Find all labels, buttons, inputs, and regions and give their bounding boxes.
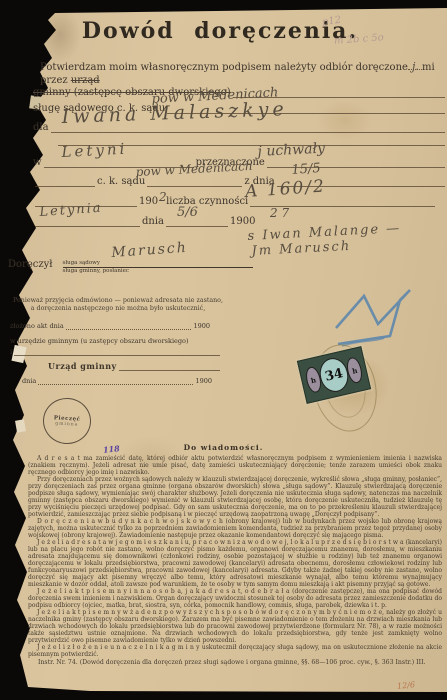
pencil-note-bottom: 12/6 [397,680,416,691]
intro-text: Potwierdzam moim własnoręcznym podpisem … [40,62,408,73]
blank-line [119,357,220,371]
doreczyl-label: Doręczył [8,259,53,270]
torn-fragment [15,419,26,432]
blue-pencil-scribble [330,284,435,354]
notice-text: A d r e s a t ma zamieścić datę, której … [28,455,442,658]
year-1900-a: 1900 [193,322,210,330]
urzedzie-label: w urzędzie gminnym (u zastępcy obszaru d… [10,337,189,345]
dotted-blank-line [38,372,193,385]
refusal-line-1: Ponieważ przyjęcia odmówiono — ponieważ … [12,297,224,305]
notice-paragraph: Przy doręczeniach przez woźnych sądowych… [28,476,442,518]
dnia-label: dnia [142,216,164,227]
dotted-blank-line [66,317,192,330]
hw-day2: 5/6 [177,205,198,220]
notice-paragraph: J e ż e l i z ł o ż e n i e u n a c z e … [28,644,442,658]
refusal-line-2: a doręczenia następczego nie można było … [12,305,224,313]
dla-label: dla [33,122,49,133]
dnia2-label: dnia [22,377,36,385]
notice-paragraph: D o r ę c z e n i a w b u d y n k a c h … [28,518,442,539]
blank-line [35,171,95,187]
zlozono-label: złożono akt dnia [10,322,64,330]
hw-year-digit: 2 [159,190,167,204]
refusal-paragraph: Ponieważ przyjęcia odmówiono — ponieważ … [12,297,224,312]
hw-intro-letter: j. [412,60,419,73]
w-label: w [33,157,42,168]
scanned-document: Dowód doręczenia. p12 m 2b c 5o Potwierd… [0,0,447,700]
notice-heading: Do wiadomości. [30,443,417,452]
year-1900-b: 1900 [195,377,212,385]
hw-year2: 2 7 [270,206,289,220]
notice-paragraph: J e ż e l i a k t p i s e m n y i n n a … [28,588,442,609]
notice-paragraph: J e ż e l i a k t p i s e m n y w ż a d … [28,609,442,644]
dnia2-row: dnia 1900 [22,373,212,385]
i-row: i [10,346,222,356]
year2-label: 1900 [230,216,255,227]
year-label: 190 [139,196,158,207]
spacer [10,358,48,371]
deposited-row: złożono akt dnia 1900 [10,318,210,330]
court-date-row: c. k. sądu z dnia [33,172,447,187]
hw-day1: 15/5 [291,161,321,178]
page-title: Dowód doręczenia. [80,18,360,44]
seal-line-2: gminna [55,421,78,427]
sluga-sadowy-label: sługa sądowy [63,260,100,267]
blank-line [14,345,220,356]
urzad-gminny-row: Urząd gminny [10,358,222,371]
form-footer-reference: Instr. Nr. 74. (Dowód doręczenia dla dor… [38,659,437,666]
urzad-gminny-label: Urząd gminny [48,361,117,371]
hw-place: Letyni [61,140,128,161]
sluga-gminny-label: sługa gminny, posłaniec [63,268,253,275]
office-row: w urzędzie gminnym (u zastępcy obszaru d… [10,335,225,345]
i-label: i [10,348,12,356]
notice-paragraph: J e ż e l i a d r e s a t a w j e g o m … [28,539,442,588]
notice-paragraph: A d r e s a t ma zamieścić datę, której … [28,455,442,476]
